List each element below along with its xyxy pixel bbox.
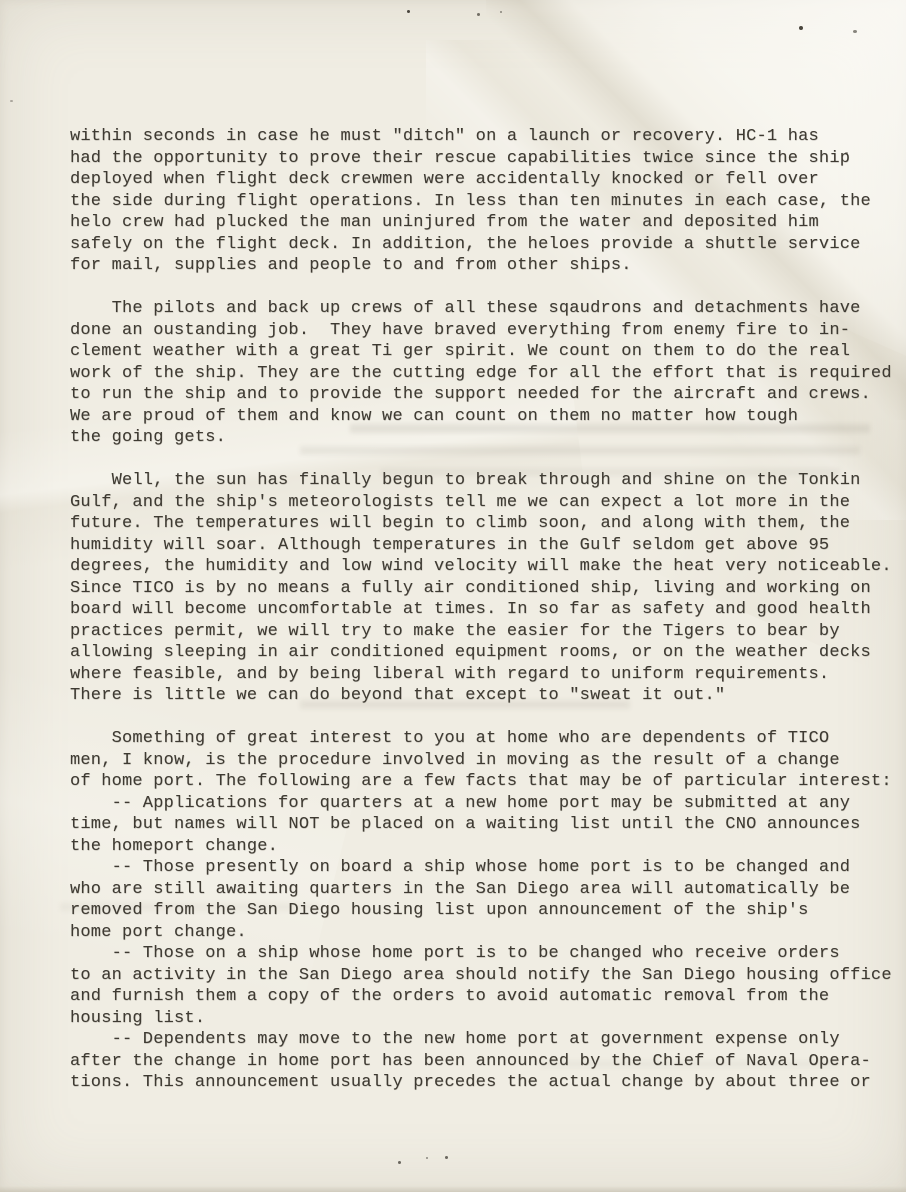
text-line: The pilots and back up crews of all thes… [70,298,886,320]
scan-speck [10,100,13,102]
text-line: future. The temperatures will begin to c… [70,513,886,535]
text-line: for mail, supplies and people to and fro… [70,255,886,277]
scanned-letter-page: within seconds in case he must "ditch" o… [0,0,906,1192]
text-line: Something of great interest to you at ho… [70,728,886,750]
text-line: home port change. [70,922,886,944]
text-line: board will become uncomfortable at times… [70,599,886,621]
page-text: within seconds in case he must "ditch" o… [70,126,886,1094]
text-line: safely on the flight deck. In addition, … [70,234,886,256]
text-line: after the change in home port has been a… [70,1051,886,1073]
text-line: -- Applications for quarters at a new ho… [70,793,886,815]
text-line: tions. This announcement usually precede… [70,1072,886,1094]
text-line: of home port. The following are a few fa… [70,771,886,793]
text-line: and furnish them a copy of the orders to… [70,986,886,1008]
text-line: had the opportunity to prove their rescu… [70,148,886,170]
text-line: Since TICO is by no means a fully air co… [70,578,886,600]
scan-speck [407,10,410,13]
text-line: Well, the sun has finally begun to break… [70,470,886,492]
text-line: to run the ship and to provide the suppo… [70,384,886,406]
text-line: There is little we can do beyond that ex… [70,685,886,707]
paragraph: The pilots and back up crews of all thes… [70,298,886,449]
scan-speck [445,1156,448,1159]
text-line: -- Dependents may move to the new home p… [70,1029,886,1051]
text-line: where feasible, and by being liberal wit… [70,664,886,686]
text-line: men, I know, is the procedure involved i… [70,750,886,772]
text-line: the going gets. [70,427,886,449]
paragraph: Well, the sun has finally begun to break… [70,470,886,707]
text-line: the homeport change. [70,836,886,858]
text-line: -- Those on a ship whose home port is to… [70,943,886,965]
text-line: the side during flight operations. In le… [70,191,886,213]
text-line: allowing sleeping in air conditioned equ… [70,642,886,664]
text-line: to an activity in the San Diego area sho… [70,965,886,987]
text-line: housing list. [70,1008,886,1030]
text-line: humidity will soar. Although temperature… [70,535,886,557]
text-line: done an oustanding job. They have braved… [70,320,886,342]
scan-edge [0,1186,906,1192]
text-line: removed from the San Diego housing list … [70,900,886,922]
scan-speck [398,1161,401,1164]
scan-speck [799,26,803,30]
paragraph: within seconds in case he must "ditch" o… [70,126,886,277]
text-line: deployed when flight deck crewmen were a… [70,169,886,191]
text-line: who are still awaiting quarters in the S… [70,879,886,901]
text-line: degrees, the humidity and low wind veloc… [70,556,886,578]
text-line: within seconds in case he must "ditch" o… [70,126,886,148]
scan-speck [853,30,857,33]
text-line: We are proud of them and know we can cou… [70,406,886,428]
scan-speck [477,13,480,16]
text-line: practices permit, we will try to make th… [70,621,886,643]
text-line: work of the ship. They are the cutting e… [70,363,886,385]
text-line: Gulf, and the ship's meteorologists tell… [70,492,886,514]
text-line: helo crew had plucked the man uninjured … [70,212,886,234]
text-line: clement weather with a great Ti ger spir… [70,341,886,363]
text-line: -- Those presently on board a ship whose… [70,857,886,879]
scan-speck [500,11,502,13]
scan-speck [426,1157,428,1159]
text-line: time, but names will NOT be placed on a … [70,814,886,836]
paragraph: Something of great interest to you at ho… [70,728,886,1094]
